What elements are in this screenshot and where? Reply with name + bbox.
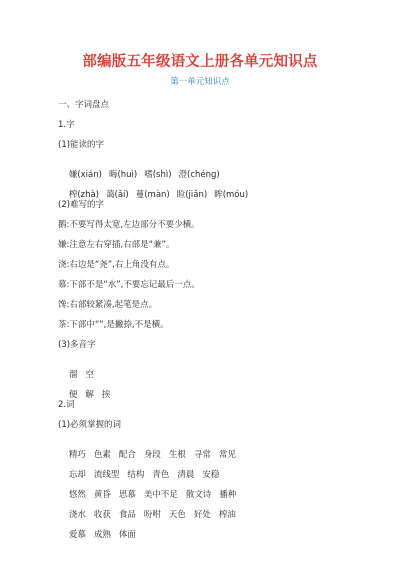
poly-char: 挨	[102, 390, 111, 400]
write-note: 嫌:注意左右穿插,右部是“兼”。	[58, 238, 174, 250]
word: 成熟	[94, 530, 111, 540]
word: 榨油	[219, 510, 236, 520]
pinyin-item: 眸(móu)	[214, 190, 248, 200]
document-page: 部编版五年级语文上册各单元知识点 第一单元知识点 一、字词盘点 1.字 (1)能…	[0, 0, 400, 566]
write-note: 馋:右部较紧凑,起笔是点。	[58, 298, 157, 310]
write-note: 鹅:不要写得太宽,左边部分不要少横。	[58, 218, 200, 230]
section-heading: 一、字词盘点	[58, 98, 109, 110]
word: 好处	[194, 510, 211, 520]
word: 吩咐	[144, 510, 161, 520]
document-title: 部编版五年级语文上册各单元知识点	[0, 50, 400, 71]
poly-heading: (3)多音字	[58, 338, 96, 350]
words-heading: 2.词	[58, 398, 75, 410]
must-heading: (1)必须掌握的词	[58, 418, 121, 430]
poly-char: 解	[85, 390, 94, 400]
pinyin-item: 睑(jiǎn)	[177, 190, 207, 200]
write-note: 浇:右边是“尧”,右上角没有点。	[58, 258, 174, 270]
word: 天色	[169, 510, 186, 520]
write-heading: (2)难写的字	[58, 198, 104, 210]
chars-heading: 1.字	[58, 118, 75, 130]
word-row: 爱慕成熟体面	[58, 518, 144, 550]
read-heading: (1)能读的字	[58, 138, 104, 150]
pinyin-item: 蔓(màn)	[136, 190, 170, 200]
write-note: 茶:下部中“”,是撇捺,不是横。	[58, 318, 169, 330]
word: 体面	[119, 530, 136, 540]
pinyin-item: 蔼(ǎi)	[106, 190, 129, 200]
unit-subtitle: 第一单元知识点	[0, 75, 400, 87]
write-note: 慕:下部不是“水”,不要忘记最后一点。	[58, 278, 200, 290]
word: 爱慕	[69, 530, 86, 540]
